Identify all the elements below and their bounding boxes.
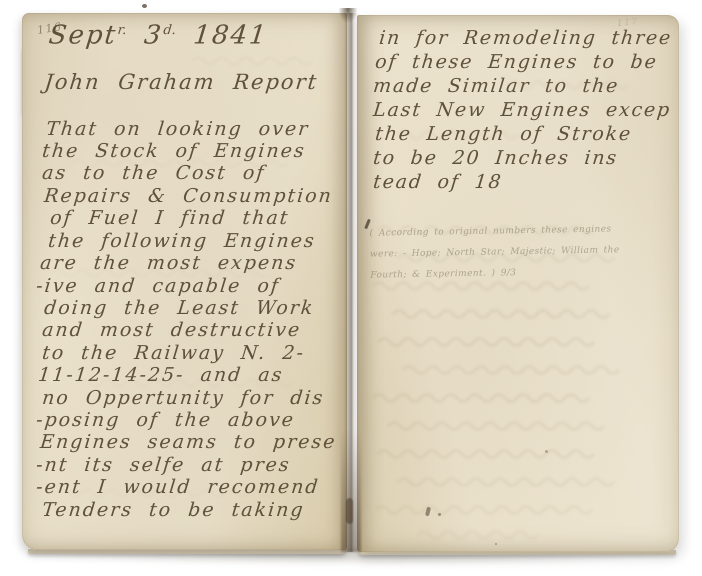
manuscript-line: in for Remodeling three	[378, 26, 675, 50]
right-page-body: in for Remodeling threeof these Engines …	[372, 26, 672, 194]
manuscript-line: are the most expens	[39, 252, 337, 274]
entry-date-heading: Septr. 3d. 1841	[47, 14, 339, 53]
manuscript-photo: 116 117 Septr. 3d. 1841 John Graham Repo…	[0, 0, 702, 576]
manuscript-line: made Similar to the	[372, 74, 675, 98]
manuscript-line: to the Railway N. 2-	[41, 342, 337, 364]
report-author-heading: John Graham Report	[43, 67, 338, 97]
pencil-annotation: ( According to original numbers these en…	[369, 218, 672, 286]
right-page-text: in for Remodeling threeof these Engines …	[372, 15, 672, 284]
manuscript-line: to be 20 Inches ins	[372, 146, 675, 170]
manuscript-line: the following Engines	[47, 230, 337, 252]
manuscript-line: tead of 18	[372, 170, 675, 194]
binding-stitch	[346, 498, 353, 524]
left-page-body: That on looking overthe Stock of Engines…	[35, 118, 335, 521]
manuscript-line: the Stock of Engines	[41, 140, 337, 162]
manuscript-line: of these Engines to be	[374, 50, 675, 74]
manuscript-line: and most destructive	[41, 319, 337, 341]
gutter-shadow-bottom	[341, 430, 361, 552]
manuscript-line: -posing of the above	[35, 409, 337, 431]
left-page-text: Septr. 3d. 1841 John Graham Report That …	[35, 14, 335, 521]
ink-speck	[142, 4, 147, 8]
manuscript-line: the Length of Stroke	[374, 122, 675, 146]
manuscript-line: doing the Least Work	[43, 297, 337, 319]
manuscript-line: Last New Engines excep	[372, 98, 675, 122]
manuscript-line: -nt its selfe at pres	[35, 454, 337, 476]
manuscript-line: of Fuel I find that	[49, 207, 337, 229]
manuscript-line: Tenders to be taking	[41, 499, 337, 521]
spine-notch	[338, 8, 358, 24]
pencil-annotation-line: Fourth; & Experiment. ) 9/3	[370, 260, 672, 286]
manuscript-line: That on looking over	[45, 118, 337, 140]
ink-speck	[545, 450, 548, 453]
manuscript-line: -ive and capable of	[35, 275, 337, 297]
ink-speck	[495, 543, 497, 545]
manuscript-line: as to the Cost of	[41, 162, 337, 184]
manuscript-line: -ent I would recomend	[35, 476, 337, 498]
ink-speck	[438, 513, 441, 516]
manuscript-line: Engines seams to prese	[39, 431, 337, 453]
manuscript-line: Repairs & Consumption	[43, 185, 337, 207]
manuscript-line: no Oppertunity for dis	[41, 387, 337, 409]
manuscript-line: 11-12-14-25- and as	[37, 364, 337, 386]
